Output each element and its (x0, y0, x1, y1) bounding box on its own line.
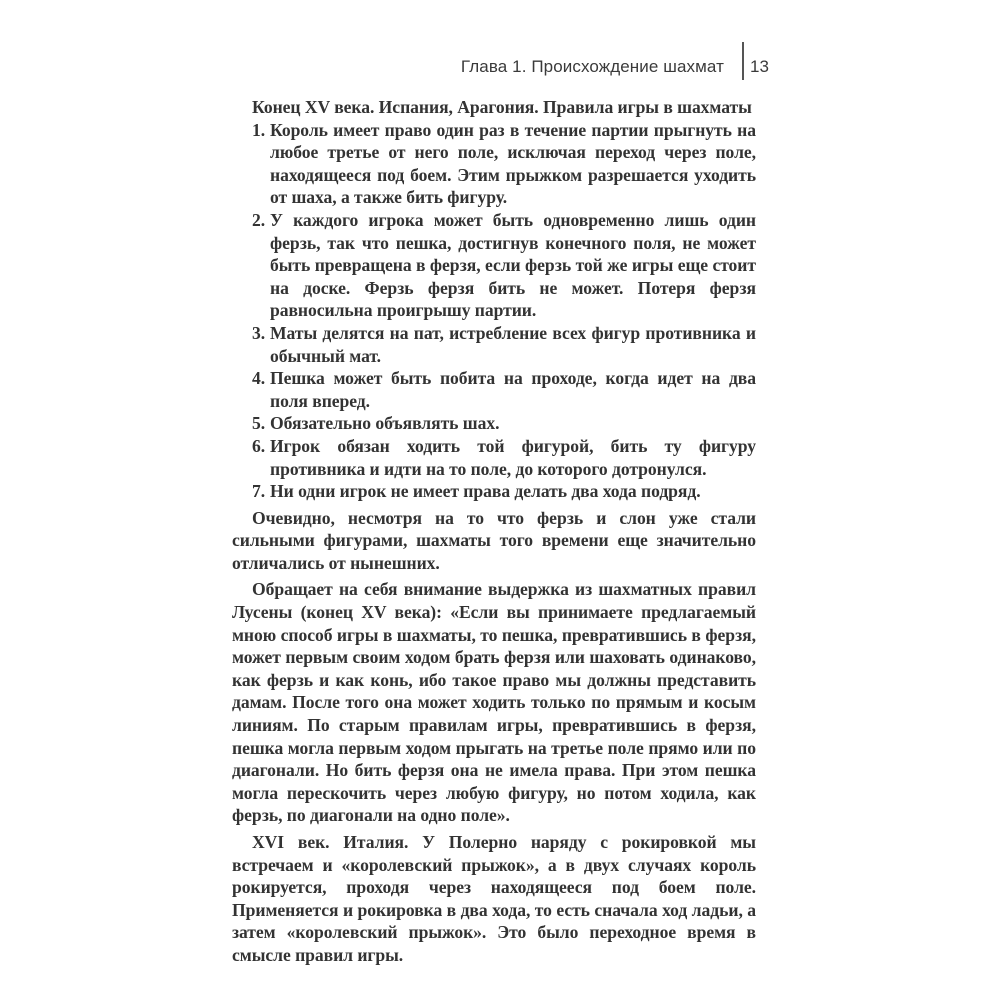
rule-item: 5. Обязательно объявлять шах. (254, 412, 756, 435)
rule-item: 4. Пешка может быть побита на проходе, к… (254, 367, 756, 412)
header-divider (742, 42, 744, 80)
rule-text: Игрок обязан ходить той фигурой, бить ту… (270, 436, 756, 479)
book-page: Глава 1. Происхождение шахмат 13 Конец X… (0, 0, 1000, 1000)
rule-number: 6. (252, 435, 265, 458)
intro-heading: Конец XV века. Испания, Арагония. Правил… (232, 96, 756, 119)
rule-number: 5. (252, 412, 265, 435)
running-head: Глава 1. Происхождение шахмат 13 (460, 40, 780, 90)
rule-item: 2. У каждого игрока может быть одновреме… (254, 209, 756, 322)
rule-number: 4. (252, 367, 265, 390)
rule-item: 6. Игрок обязан ходить той фигурой, бить… (254, 435, 756, 480)
rule-text: Маты делятся на пат, истребление всех фи… (270, 323, 756, 366)
rules-list: 1. Король имеет право один раз в течение… (232, 119, 756, 503)
rule-number: 2. (252, 209, 265, 232)
rule-item: 3. Маты делятся на пат, истребление всех… (254, 322, 756, 367)
rule-number: 3. (252, 322, 265, 345)
rule-item: 7. Ни одни игрок не имеет права делать д… (254, 480, 756, 503)
rule-item: 1. Король имеет право один раз в течение… (254, 119, 756, 209)
rule-text: Король имеет право один раз в течение па… (270, 120, 756, 208)
chapter-title: Глава 1. Происхождение шахмат (461, 57, 724, 77)
rule-text: Обязательно объявлять шах. (270, 413, 499, 433)
rule-number: 1. (252, 119, 265, 142)
body-text: Конец XV века. Испания, Арагония. Правил… (232, 96, 756, 967)
paragraph: XVI век. Италия. У Полерно наряду с роки… (232, 831, 756, 967)
rule-text: Пешка может быть побита на проходе, когд… (270, 368, 756, 411)
page-number: 13 (750, 57, 769, 77)
rule-number: 7. (252, 480, 265, 503)
paragraph: Очевидно, несмотря на то что ферзь и сло… (232, 507, 756, 575)
rule-text: У каждого игрока может быть одновременно… (270, 210, 756, 320)
paragraph: Обращает на себя внимание выдержка из ша… (232, 578, 756, 827)
rule-text: Ни одни игрок не имеет права делать два … (270, 481, 701, 501)
